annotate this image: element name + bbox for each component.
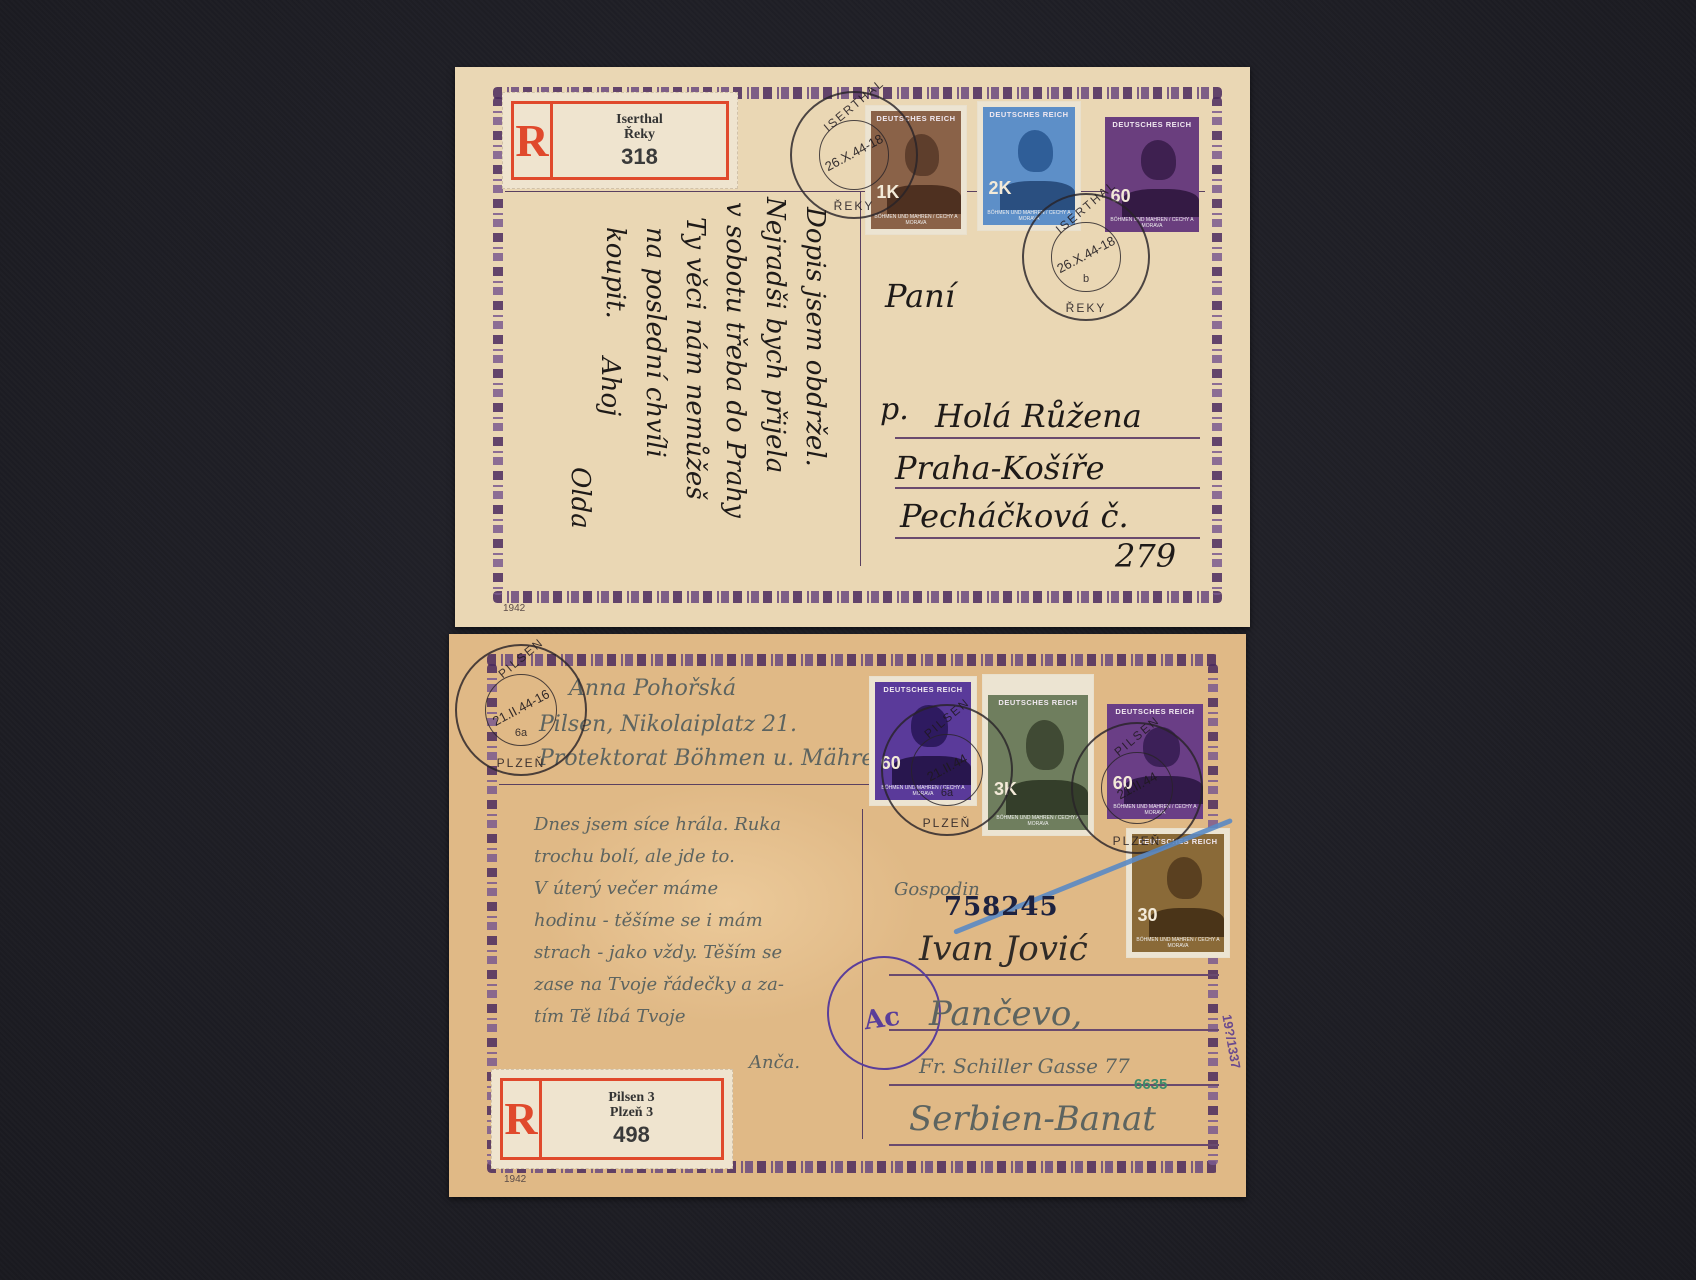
registration-r-mark: R <box>503 1081 542 1157</box>
address-line <box>889 1144 1219 1146</box>
message-line: Ty věci nám nemůžeš <box>680 217 710 500</box>
print-year: 1942 <box>504 1174 526 1185</box>
message-address-divider <box>860 191 861 566</box>
print-year: 1942 <box>503 603 525 614</box>
message-line: Nejradši bych přijela <box>760 197 790 473</box>
message-line: na poslední chvíli <box>640 227 670 458</box>
message-line: strach - jako vždy. Těším se <box>534 942 782 963</box>
postmark-pilsen: PILSEN 21.II.44 PLZEŇ <box>1071 722 1203 854</box>
header-divider <box>499 784 919 785</box>
message-line: Ahoj <box>595 357 625 416</box>
postmark-pilsen: PILSEN 21.II.44 6a PLZEŇ <box>881 704 1013 836</box>
stamp-header: DEUTSCHES REICH <box>983 107 1075 119</box>
address-street: Fr. Schiller Gasse 77 <box>919 1054 1130 1078</box>
postmark-code: b <box>1024 273 1148 285</box>
purple-numeral-stamp: 19?/1337 <box>1219 1013 1243 1070</box>
address-city: Praha-Košíře <box>895 449 1105 487</box>
ornamental-border-top <box>487 654 1218 666</box>
postmark-code: 6a <box>883 787 1011 799</box>
postmark-subtown: ŘEKY <box>1024 301 1148 315</box>
stamp-value: 2K <box>989 178 1012 199</box>
stamp-header: DEUTSCHES REICH <box>1105 117 1199 129</box>
registration-office-czech: Řeky <box>624 127 655 142</box>
address-salutation: Paní <box>885 277 955 315</box>
sender-name: Anna Pohořská <box>569 676 736 701</box>
postmark-subtown: PLZEŇ <box>883 816 1011 830</box>
registration-r-mark: R <box>514 104 553 177</box>
address-salutation: Gospodin <box>894 879 980 900</box>
registration-number: 318 <box>621 144 658 170</box>
address-line <box>889 974 1219 976</box>
address-name: Ivan Jović <box>919 929 1088 969</box>
address-line <box>889 1084 1219 1086</box>
stamp-footer: BÖHMEN UND MÄHREN / ČECHY A MORAVA <box>871 214 961 229</box>
sender-country: Protektorat Böhmen u. Mähren <box>539 746 889 771</box>
address-house-number: 279 <box>1115 537 1176 575</box>
address-prefix: p. <box>880 392 909 427</box>
registration-office: Pilsen 3 <box>608 1090 654 1105</box>
address-name: Holá Růžena <box>935 397 1142 435</box>
postmark-subtown: PLZEŇ <box>457 756 585 770</box>
stamp-value: 30 <box>1138 905 1158 926</box>
message-line: zase na Tvoje řádečky a za- <box>534 974 784 995</box>
censor-mark: Ac <box>862 1002 902 1037</box>
postcard-bottom: 1942 Anna Pohořská Pilsen, Nikolaiplatz … <box>449 634 1246 1197</box>
registration-label: R Iserthal Řeky 318 <box>502 92 738 189</box>
postmark-iserthal: ISERTHAL 26.X.44-18 b ŘEKY <box>1022 193 1150 321</box>
message-line: hodinu - těšíme se i mám <box>534 910 763 931</box>
registration-number: 498 <box>613 1122 650 1148</box>
stamp-header: DEUTSCHES REICH <box>988 695 1088 707</box>
postmark-iserthal: ISERTHAL 26.X.44-18 ŘEKY <box>790 91 918 219</box>
ornamental-border-right <box>1212 97 1222 595</box>
message-line: koupit. <box>600 227 630 319</box>
message-line: V úterý večer máme <box>534 878 718 899</box>
message-line: trochu bolí, ale jde to. <box>534 846 735 867</box>
address-street: Pecháčková č. <box>900 497 1129 535</box>
registration-office: Iserthal <box>616 112 663 127</box>
address-region: Serbien-Banat <box>909 1099 1156 1139</box>
address-line <box>895 487 1200 489</box>
message-line: Dopis jsem obdržel. <box>800 207 830 467</box>
registration-label: R Pilsen 3 Plzeň 3 498 <box>491 1069 733 1169</box>
ornamental-border-bottom <box>493 591 1222 603</box>
address-city: Pančevo, <box>929 994 1082 1034</box>
stamp-footer: BÖHMEN UND MÄHREN / ČECHY A MORAVA <box>1132 937 1224 952</box>
stamp-header: DEUTSCHES REICH <box>875 682 971 694</box>
postmark-code: 6a <box>457 727 585 739</box>
postcard-top: 1942 R Iserthal Řeky 318 DEUTSCHES REICH… <box>455 67 1250 627</box>
postmark-pilsen: PILSEN 21.II.44-16 6a PLZEŇ <box>455 644 587 776</box>
message-line: Anča. <box>749 1052 800 1073</box>
message-line: Olda <box>565 467 595 529</box>
registration-office-czech: Plzeň 3 <box>610 1105 653 1120</box>
censor-handstamp: Ac <box>827 956 941 1070</box>
green-numeral-stamp: 6635 <box>1134 1076 1167 1093</box>
message-line: Dnes jsem síce hrála. Ruka <box>534 814 781 835</box>
message-line: v sobotu třeba do Prahy <box>720 202 750 518</box>
message-line: tím Tě líbá Tvoje <box>534 1006 686 1027</box>
address-line <box>895 437 1200 439</box>
